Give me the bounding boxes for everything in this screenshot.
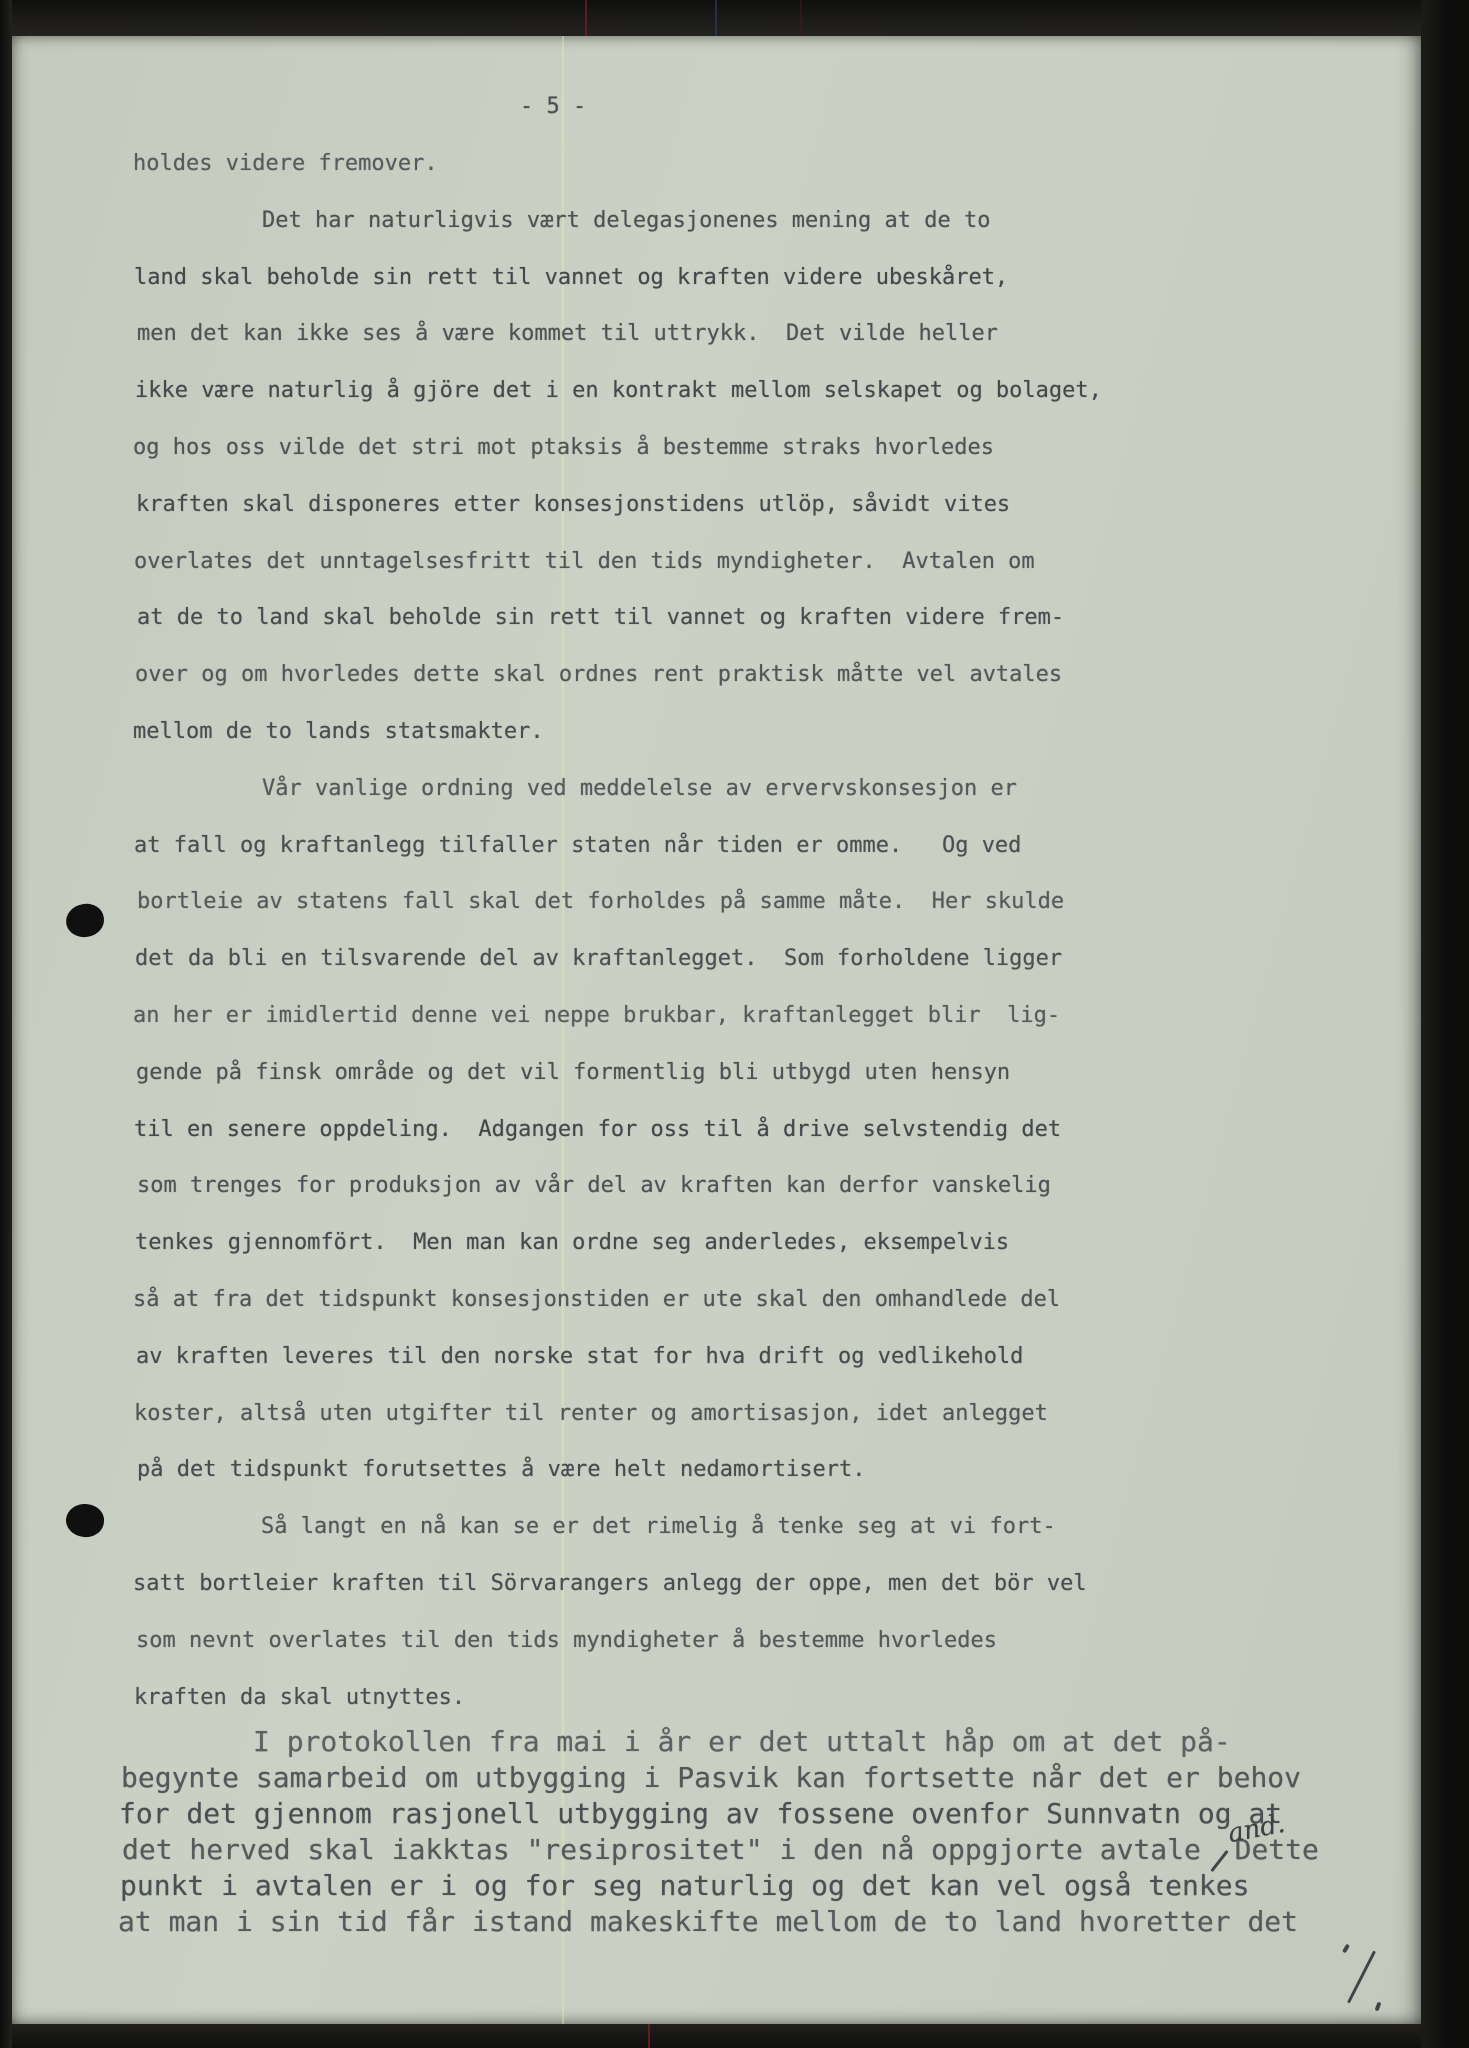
typewritten-body-main: holdes videre fremover.Det har naturligv… (135, 136, 1315, 1726)
punch-hole-bottom (64, 1502, 105, 1539)
scanner-edge-right (1421, 0, 1469, 2048)
scan-artifact-red-line (585, 0, 587, 36)
text-line: koster, altså uten utgifter til renter o… (134, 1386, 1314, 1443)
text-line: som trenges for produksjon av vår del av… (137, 1158, 1317, 1215)
corner-mark-tick-bottom (1375, 2002, 1382, 2012)
text-line: at man i sin tid får istand makeskifte m… (118, 1904, 1408, 1940)
text-line: men det kan ikke ses å være kommet til u… (137, 306, 1317, 363)
text-line: punkt i avtalen er i og for seg naturlig… (120, 1868, 1410, 1904)
scanner-edge-top (0, 0, 1469, 36)
text-line: på det tidspunkt forutsettes å være helt… (137, 1442, 1317, 1499)
text-line: holdes videre fremover. (133, 136, 1313, 193)
text-line: bortleie av statens fall skal det forhol… (137, 874, 1317, 931)
text-line: Vår vanlige ordning ved meddelelse av er… (136, 761, 1316, 818)
text-line: Det har naturligvis vært delegasjonenes … (136, 193, 1316, 250)
text-line: som nevnt overlates til den tids myndigh… (136, 1613, 1316, 1670)
text-line: ikke være naturlig å gjöre det i en kont… (135, 363, 1315, 420)
text-line: I protokollen fra mai i år er det uttalt… (118, 1724, 1408, 1760)
scan-artifact-red-line (648, 2024, 650, 2048)
page-number: - 5 - (520, 94, 586, 119)
scan-artifact-blue-line (715, 0, 717, 36)
text-line: land skal beholde sin rett til vannet og… (134, 250, 1314, 307)
punch-hole-top (64, 902, 106, 940)
text-line: det da bli en tilsvarende del av kraftan… (135, 931, 1315, 988)
text-line: til en senere oppdeling. Adgangen for os… (134, 1102, 1314, 1159)
text-line: Så langt en nå kan se er det rimelig å t… (135, 1499, 1315, 1556)
text-line: så at fra det tidspunkt konsesjonstiden … (133, 1272, 1313, 1329)
corner-mark-tick-top (1342, 1944, 1350, 1954)
scan-artifact-dark-red-line (800, 0, 802, 36)
scanner-edge-left (0, 0, 12, 2048)
corner-mark-slash (1347, 1950, 1376, 2003)
text-line: mellom de to lands statsmakter. (133, 704, 1313, 761)
text-line: at de to land skal beholde sin rett til … (137, 590, 1317, 647)
text-line: satt bortleier kraften til Sörvarangers … (133, 1556, 1313, 1613)
text-line: an her er imidlertid denne vei neppe bru… (133, 988, 1313, 1045)
handwritten-corner-mark (1330, 1936, 1400, 2026)
text-line: over og om hvorledes dette skal ordnes r… (135, 647, 1315, 704)
typewritten-body-compressed: I protokollen fra mai i år er det uttalt… (120, 1724, 1410, 1940)
text-line: tenkes gjennomfört. Men man kan ordne se… (135, 1215, 1315, 1272)
text-line: for det gjennom rasjonell utbygging av f… (119, 1796, 1409, 1832)
text-line: overlates det unntagelsesfritt til den t… (134, 534, 1314, 591)
text-line: kraften da skal utnyttes. (134, 1670, 1314, 1727)
scanner-edge-bottom (0, 2024, 1469, 2048)
text-line: og hos oss vilde det stri mot ptaksis å … (133, 420, 1313, 477)
document-page: - 5 - holdes videre fremover.Det har nat… (12, 36, 1421, 2024)
text-line: gende på finsk område og det vil forment… (136, 1045, 1316, 1102)
text-line: at fall og kraftanlegg tilfaller staten … (134, 818, 1314, 875)
text-line: begynte samarbeid om utbygging i Pasvik … (121, 1760, 1411, 1796)
text-line: av kraften leveres til den norske stat f… (136, 1329, 1316, 1386)
scanned-document: - 5 - holdes videre fremover.Det har nat… (0, 0, 1469, 2048)
text-line: kraften skal disponeres etter konsesjons… (136, 477, 1316, 534)
